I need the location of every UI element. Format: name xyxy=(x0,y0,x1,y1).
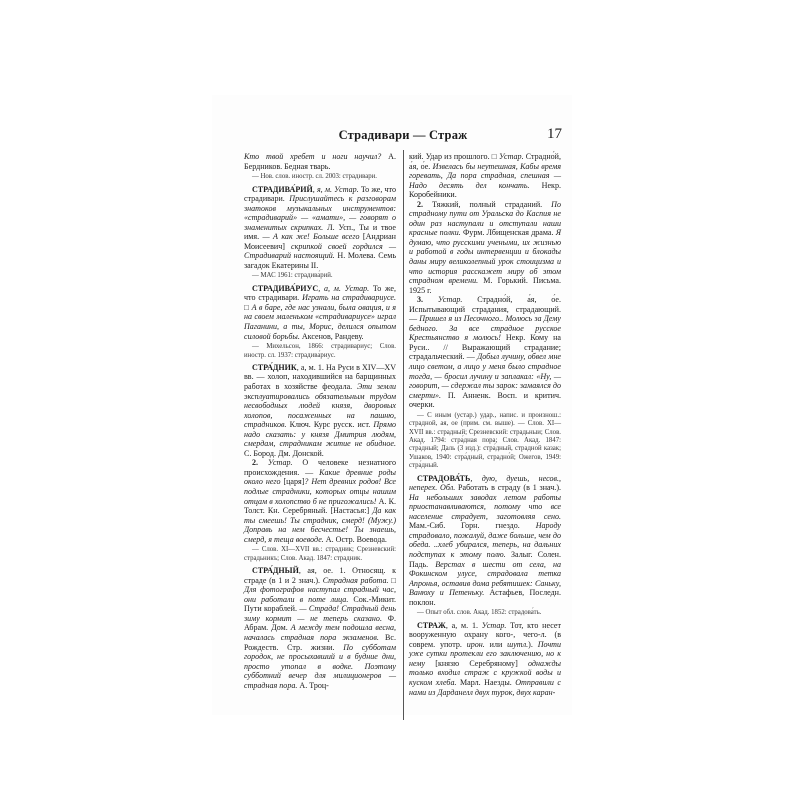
column-divider xyxy=(403,150,404,720)
entry-stradnyy: СТРА́ДНЫЙ, ая, ое. 1. Относящ. к страде … xyxy=(244,566,396,690)
page-number: 17 xyxy=(547,126,562,143)
page-header: Страдивари — Страж 17 xyxy=(244,128,562,148)
entry-stradivarius: СТРАДИВА́РИУС, а, м. Устар. То же, что с… xyxy=(244,284,396,341)
running-head: Страдивари — Страж xyxy=(244,128,562,143)
headword: СТРАЖ xyxy=(417,621,446,630)
entry-continuation: кий. Удар из прошлого. □ Устар. Страдно́… xyxy=(409,152,561,410)
entry-stradovat: СТРАДОВА́ТЬ, дую, дуешь, несов., неперех… xyxy=(409,474,561,608)
entry-continuation: Кто твой хребет и ноги научил? А. Бердни… xyxy=(244,152,396,171)
right-column: кий. Удар из прошлого. □ Устар. Страдно́… xyxy=(409,152,561,699)
entry-source: — С иным (устар.) удар., напис. и произн… xyxy=(409,412,561,471)
entry-source: — Слов. XI—XVII вв.: страдник; Срезневск… xyxy=(244,546,396,563)
entry-stradivariy: СТРАДИВА́РИЙ, я, м. Устар. То же, что ст… xyxy=(244,185,396,271)
entry-source: — Михельсон, 1866: страдивариус; Слов. и… xyxy=(244,343,396,360)
entry-source: — Нов. слов. иностр. сл. 2003: страдивар… xyxy=(244,173,396,181)
entry-source: — МАС 1961: страдива́рий. xyxy=(244,272,396,280)
left-column: Кто твой хребет и ноги научил? А. Бердни… xyxy=(244,152,396,692)
entry-stradnik: СТРА́ДНИК, а, м. 1. На Руси в XIV—XV вв.… xyxy=(244,363,396,544)
entry-strazh: СТРАЖ, а, м. 1. Устар. Тот, кто несет во… xyxy=(409,621,561,697)
headword: СТРАДИВА́РИУС xyxy=(252,284,318,293)
headword: СТРАДИВА́РИЙ xyxy=(252,185,313,194)
entry-source: — Опыт обл. слов. Акад. 1852: страдова́т… xyxy=(409,609,561,617)
headword: СТРАДОВА́ТЬ xyxy=(417,474,470,483)
headword: СТРА́ДНИК xyxy=(252,363,297,372)
headword: СТРА́ДНЫЙ xyxy=(252,566,299,575)
